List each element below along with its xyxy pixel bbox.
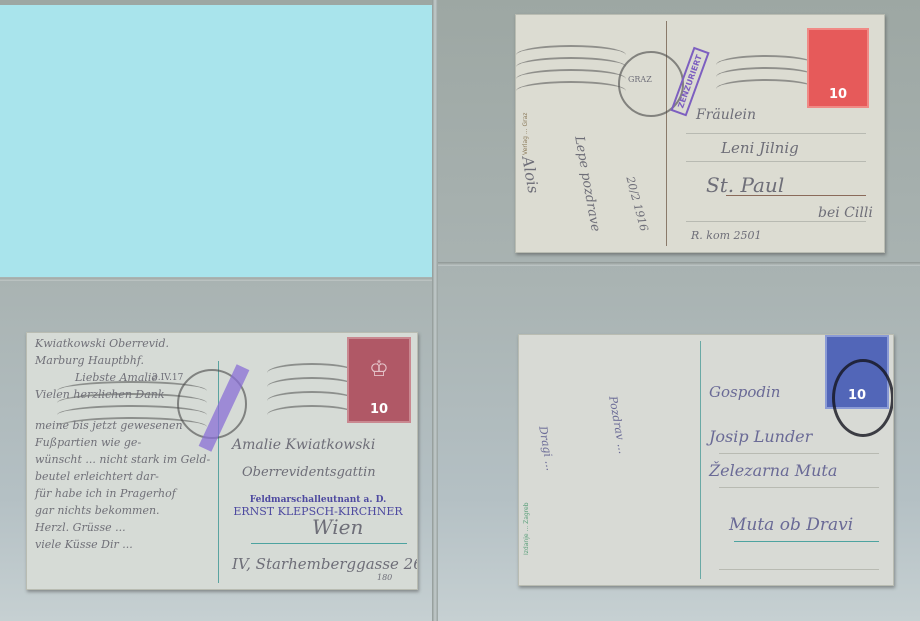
- message-line: Liebste Amalie: [75, 369, 210, 386]
- address-line-4: bei Cilli: [818, 205, 873, 221]
- address-rule: [719, 569, 879, 570]
- address-line-3: Wien: [312, 515, 363, 539]
- message-line: Lepe pozdrave: [571, 135, 603, 233]
- message-line: Pozdrav ...: [606, 395, 629, 455]
- address-line-1: Gospodin: [709, 383, 780, 401]
- stamp-value: 10: [370, 402, 388, 417]
- address-rule: [686, 133, 866, 134]
- message-line: meine bis jetzt gewesenen: [35, 417, 210, 434]
- redaction-block: [0, 5, 432, 277]
- address-line-4: Muta ob Dravi: [729, 515, 853, 535]
- address-rule: [251, 543, 407, 544]
- address-rule: [719, 453, 879, 454]
- postcard-bottom-right: Izdanje ... Zagreb 10 Dragi ... Pozdrav …: [518, 334, 894, 586]
- address-line-1: Fräulein: [696, 107, 756, 123]
- address-line-2: Oberrevidentsgattin: [242, 465, 376, 480]
- address-line-2: Leni Jilnig: [721, 139, 799, 157]
- sender-rank: Feldmarschalleutnant a. D.: [223, 495, 413, 505]
- postmark-text: GRAZ: [628, 75, 652, 84]
- message-date: 20/2 1916: [623, 175, 650, 233]
- address-rule: [726, 195, 866, 196]
- card-divider-line: [700, 341, 701, 579]
- address-line-3: St. Paul: [706, 173, 784, 197]
- stamp-value: 10: [829, 87, 847, 102]
- postcard-bottom-left: 3.IV.17 ♔ 10 Kwiatkowski Oberrevid. Marb…: [26, 332, 418, 590]
- message-text: Kwiatkowski Oberrevid. Marburg Hauptbhf.…: [35, 335, 210, 553]
- crown-icon: ♔: [369, 357, 389, 382]
- message-line: beutel erleichtert dar-: [35, 468, 210, 485]
- address-line-4: IV, Starhemberggasse 26: [232, 555, 418, 573]
- postage-stamp-crown: ♔ 10: [347, 337, 411, 423]
- sleeve-divider-horizontal: [438, 262, 920, 266]
- postage-stamp-red: 10: [807, 28, 869, 108]
- address-line-3: Železarna Muta: [709, 461, 837, 480]
- address-line-1: Amalie Kwiatkowski: [232, 437, 375, 453]
- footer-note: R. kom 2501: [691, 229, 762, 242]
- message-line: gar nichts bekommen.: [35, 502, 210, 519]
- wavy-cancel: [516, 81, 626, 119]
- message-line: Herzl. Grüsse ...: [35, 519, 210, 536]
- postcard-top-right: Verlag ... Graz GRAZ ZENZURIERT 10 Lepe …: [515, 14, 885, 253]
- message-line: wünscht ... nicht stark im Geld-: [35, 451, 210, 468]
- postmark-circle: [832, 359, 894, 437]
- message-signature: Alois: [518, 155, 542, 195]
- message-line: Fußpartien wie ge-: [35, 434, 210, 451]
- sleeve-divider-vertical: [432, 0, 438, 621]
- corner-note: 180: [377, 573, 392, 582]
- address-rule: [734, 541, 879, 542]
- address-rule: [686, 161, 866, 162]
- message-line: viele Küsse Dir ...: [35, 536, 210, 553]
- address-line-2: Josip Lunder: [709, 427, 812, 446]
- message-line: Kwiatkowski Oberrevid.: [35, 335, 210, 352]
- publisher-print: Izdanje ... Zagreb: [523, 502, 530, 555]
- message-line: für habe ich in Pragerhof: [35, 485, 210, 502]
- message-line: Vielen herzlichen Dank: [35, 386, 210, 403]
- address-rule: [719, 487, 879, 488]
- address-rule: [686, 221, 866, 222]
- message-line: Marburg Hauptbhf.: [35, 352, 210, 369]
- sleeve-divider-horizontal-left: [0, 278, 432, 281]
- message-line: Dragi ...: [536, 425, 557, 472]
